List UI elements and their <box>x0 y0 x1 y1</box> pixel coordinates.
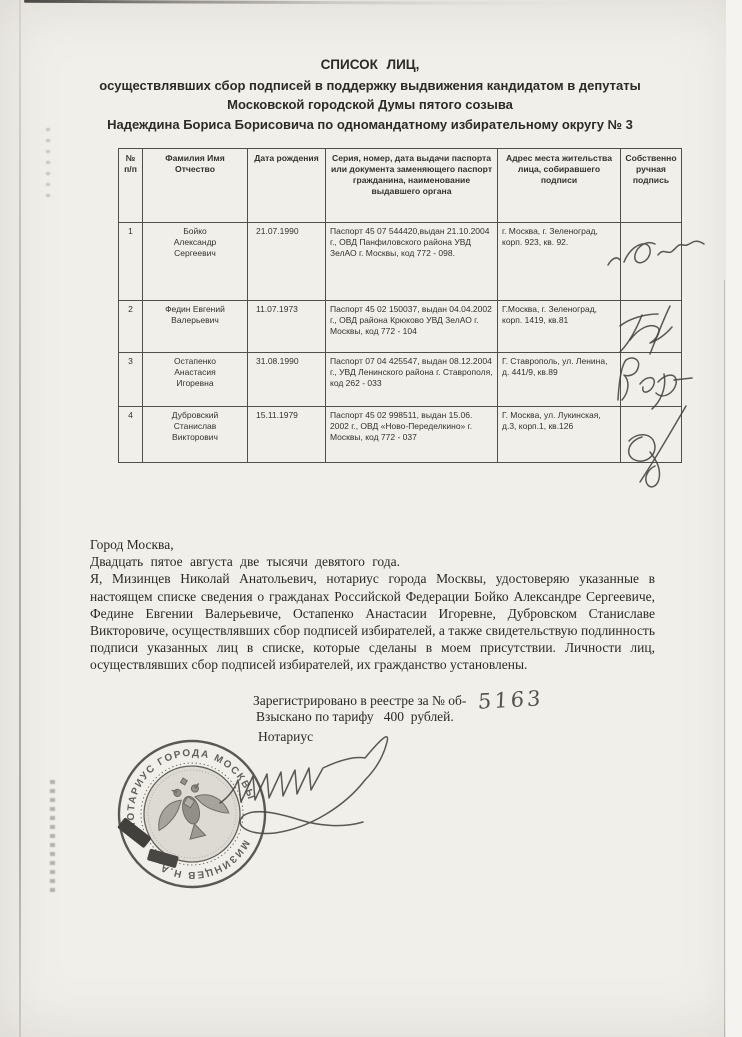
cell-name: Дубровский Станислав Викторович <box>143 407 248 463</box>
cell-signature <box>621 407 682 463</box>
document-title: СПИСОК ЛИЦ, осуществлявших сбор подписей… <box>70 55 670 134</box>
cell-passport: Паспорт 45 07 544420,выдан 21.10.2004 г.… <box>326 223 498 301</box>
title-line: СПИСОК ЛИЦ, <box>70 55 670 75</box>
cell-name: Федин Евгений Валерьевич <box>143 301 248 353</box>
table-header-row: № п/п Фамилия Имя Отчество Дата рождения… <box>119 149 682 223</box>
cell-number: 4 <box>119 407 143 463</box>
registry-label: Зарегистрировано в реестре за № об- <box>253 693 466 708</box>
table-row: 1 Бойко Александр Сергеевич 21.07.1990 П… <box>119 223 682 301</box>
fee-line: Взыскано по тарифу 400 рублей. <box>256 709 454 725</box>
cell-passport: Паспорт 45 02 150037, выдан 04.04.2002 г… <box>326 301 498 353</box>
notary-round-stamp: НОТАРИУС ГОРОДА МОСКВЫ МИЗИНЦЕВ Н.А. <box>112 728 272 900</box>
cell-passport: Паспорт 07 04 425547, выдан 08.12.2004 г… <box>326 353 498 407</box>
column-header-birthdate: Дата рождения <box>248 149 326 223</box>
cell-signature <box>621 223 682 301</box>
cell-number: 3 <box>119 353 143 407</box>
table-row: 4 Дубровский Станислав Викторович 15.11.… <box>119 407 682 463</box>
registry-number-handwritten: 5163 <box>478 686 545 714</box>
column-header-address: Адрес места жительства лица, собиравшего… <box>498 149 621 223</box>
scan-artifact-top-line <box>24 0 584 5</box>
attestation-paragraph: Я, Мизинцев Николай Анатольевич, нотариу… <box>90 570 655 673</box>
column-header-number: № п/п <box>119 149 143 223</box>
cell-signature <box>621 353 682 407</box>
cell-address: Г.Москва, г. Зеленоград, корп. 1419, кв.… <box>498 301 621 353</box>
scan-artifact-left-line <box>19 0 21 1037</box>
cell-address: Г. Москва, ул. Лукинская, д.3, корп.1, к… <box>498 407 621 463</box>
cell-address: Г. Ставрополь, ул. Ленина, д. 441/9, кв.… <box>498 353 621 407</box>
column-header-signature: Собственноручная подпись <box>621 149 682 223</box>
cell-name: Остапенко Анастасия Игоревна <box>143 353 248 407</box>
scan-artifact-smudge <box>46 128 50 198</box>
title-line: осуществлявших сбор подписей в поддержку… <box>70 76 670 96</box>
cell-birthdate: 21.07.1990 <box>248 223 326 301</box>
cell-name: Бойко Александр Сергеевич <box>143 223 248 301</box>
cell-address: г. Москва, г. Зеленоград, корп. 923, кв.… <box>498 223 621 301</box>
table-row: 2 Федин Евгений Валерьевич 11.07.1973 Па… <box>119 301 682 353</box>
cell-birthdate: 15.11.1979 <box>248 407 326 463</box>
column-header-passport: Серия, номер, дата выдачи паспорта или д… <box>326 149 498 223</box>
scanned-document-page: СПИСОК ЛИЦ, осуществлявших сбор подписей… <box>0 0 742 1037</box>
city-line: Город Москва, <box>90 536 655 553</box>
notary-attestation-text: Город Москва, Двадцать пятое августа две… <box>90 536 655 674</box>
scan-artifact-smudge <box>50 780 55 895</box>
scan-edge-strip <box>726 0 742 1037</box>
cell-birthdate: 31.08.1990 <box>248 353 326 407</box>
title-line: Надеждина Бориса Борисовича по одноманда… <box>70 115 670 135</box>
table-row: 3 Остапенко Анастасия Игоревна 31.08.199… <box>119 353 682 407</box>
cell-number: 2 <box>119 301 143 353</box>
cell-passport: Паспорт 45 02 998511, выдан 15.06. 2002 … <box>326 407 498 463</box>
cell-birthdate: 11.07.1973 <box>248 301 326 353</box>
date-line: Двадцать пятое августа две тысячи девято… <box>90 553 655 570</box>
cell-number: 1 <box>119 223 143 301</box>
signature-collectors-table: № п/п Фамилия Имя Отчество Дата рождения… <box>118 148 682 463</box>
cell-signature <box>621 301 682 353</box>
column-header-name: Фамилия Имя Отчество <box>143 149 248 223</box>
title-line: Московской городской Думы пятого созыва <box>70 95 670 115</box>
scan-artifact-right-line <box>724 280 725 1037</box>
